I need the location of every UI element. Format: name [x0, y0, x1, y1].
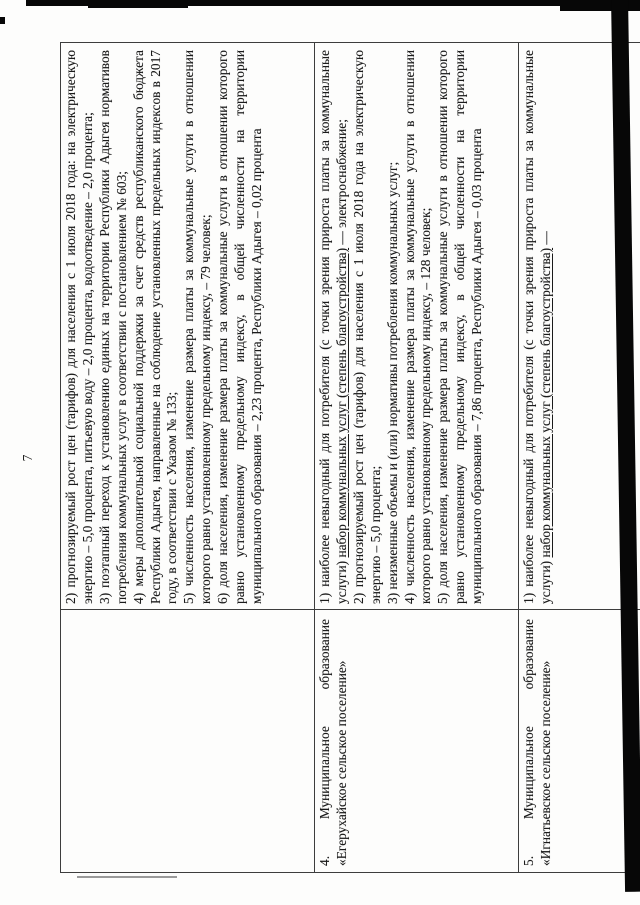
municipality-cell: 4. Муниципальное образование «Егерухайск… — [315, 609, 518, 872]
paragraph: 4) меры дополнительной социальной поддер… — [131, 50, 182, 604]
municipal-indices-table: 2) прогнозируемый рост цен (тарифов) для… — [60, 42, 640, 873]
paragraph: 1) наиболее невыгодный для потребителя (… — [317, 50, 351, 604]
scan-smudge — [77, 876, 177, 878]
municipality-cell — [61, 609, 314, 872]
table-row: 4. Муниципальное образование «Егерухайск… — [314, 43, 518, 872]
scanned-page: 7 2) прогнозируемый рост цен (тарифов) д… — [0, 0, 640, 905]
municipality-name: 4. Муниципальное образование «Егерухайск… — [317, 619, 351, 866]
paragraph: 1) наиболее невыгодный для потребителя (… — [521, 50, 555, 604]
description-cell: 1) наиболее невыгодный для потребителя (… — [315, 43, 518, 609]
paragraph: 3) поэтапный переход к установлению един… — [97, 50, 131, 604]
paragraph: 5) численность населения, изменение разм… — [181, 50, 215, 604]
paragraph: 3) неизменные объемы и (или) нормативы п… — [385, 50, 402, 604]
table-row: 2) прогнозируемый рост цен (тарифов) для… — [61, 43, 314, 872]
underlined-phrase: набор коммунальных услуг (степень благоу… — [538, 248, 553, 558]
paragraph: 2) прогнозируемый рост цен (тарифов) для… — [351, 50, 385, 604]
description-cell: 2) прогнозируемый рост цен (тарифов) для… — [61, 43, 314, 609]
paragraph: 6) доля населения, изменение размера пла… — [215, 50, 266, 604]
paragraph: 5) доля населения, изменение размера пла… — [435, 50, 486, 604]
scan-edge-left-dash — [0, 17, 5, 24]
scan-edge-top-thick — [88, 0, 188, 8]
paragraph: 2) прогнозируемый рост цен (тарифов) для… — [63, 50, 97, 604]
page-number: 7 — [20, 43, 36, 873]
underlined-phrase: набор коммунальных услуг (степень благоу… — [334, 248, 349, 558]
paragraph: 4) численность населения, изменение разм… — [402, 50, 436, 604]
rotated-page-content: 7 2) прогнозируемый рост цен (тарифов) д… — [0, 0, 640, 905]
municipality-name: 5. Муниципальное образование «Игнатьевск… — [521, 619, 555, 866]
